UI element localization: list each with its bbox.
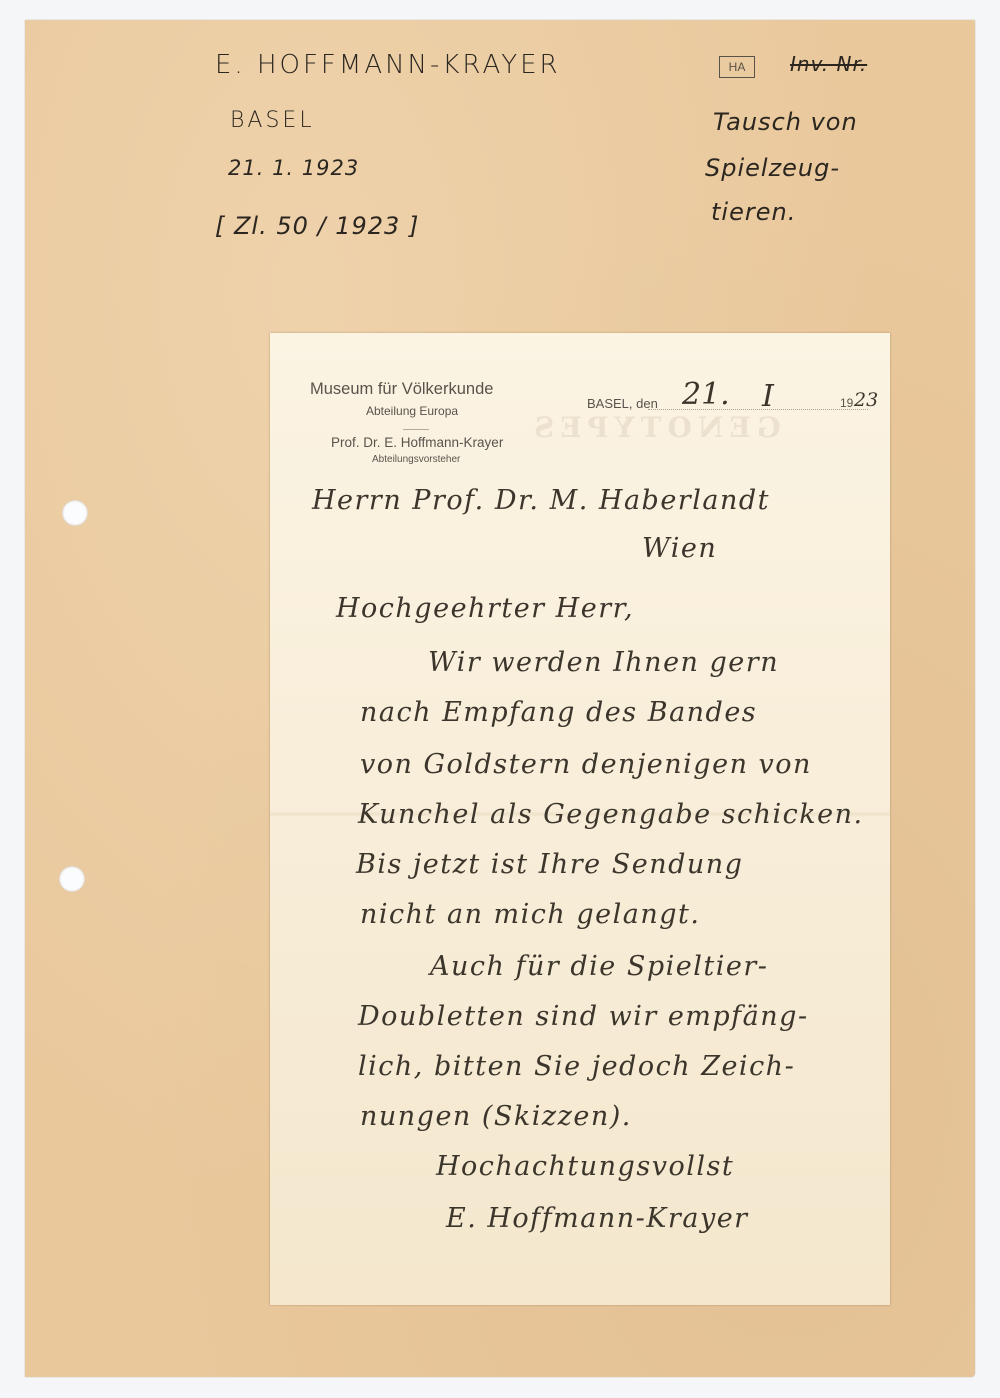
year-suffix: 23 [854, 389, 878, 411]
salutation-address: Herrn Prof. Dr. M. Haberlandt [312, 485, 770, 516]
mounted-letter: GENOTYPES Museum für Völkerkunde Abteilu… [270, 333, 890, 1305]
body-line: Auch für die Spieltier- [430, 951, 768, 982]
date-day: 21. [682, 377, 730, 412]
punch-hole-bottom [59, 866, 85, 892]
annotation-reference: [ Zl. 50 / 1923 ] [215, 212, 419, 240]
body-line: nicht an mich gelangt. [360, 899, 700, 930]
signature: E. Hoffmann-Krayer [446, 1203, 749, 1234]
annotation-inventory-struck: Inv. Nr. [790, 52, 867, 76]
body-line: von Goldstern denjenigen von [360, 749, 812, 780]
letterhead-divider [403, 429, 429, 430]
annotation-note-line-3: tieren. [711, 198, 796, 226]
date-month: I [762, 379, 774, 414]
salutation-city: Wien [642, 533, 717, 564]
letterhead-department: Abteilung Europa [366, 404, 458, 418]
body-line: Bis jetzt ist Ihre Sendung [356, 849, 743, 880]
greeting: Hochgeehrter Herr, [336, 593, 634, 624]
closing: Hochachtungsvollst [436, 1151, 734, 1182]
punch-hole-top [62, 500, 88, 526]
annotation-author: E. HOFFMANN-KRAYER [215, 50, 561, 80]
body-line: Kunchel als Gegengabe schicken. [358, 799, 864, 830]
annotation-date: 21. 1. 1923 [228, 156, 359, 180]
show-through-watermark: GENOTYPES [528, 411, 781, 444]
body-line: nach Empfang des Bandes [360, 697, 757, 728]
ha-stamp: HA [719, 56, 755, 78]
letterhead-head-role: Abteilungsvorsteher [372, 454, 460, 465]
annotation-place: BASEL [230, 108, 315, 133]
year-prefix: 19 [840, 396, 853, 410]
annotation-note-line-2: Spielzeug- [705, 154, 840, 182]
letterhead-institution: Museum für Völkerkunde [310, 380, 493, 399]
letterhead-head: Prof. Dr. E. Hoffmann-Krayer [331, 435, 503, 450]
body-line: Doubletten sind wir empfäng- [358, 1001, 809, 1032]
body-line: lich, bitten Sie jedoch Zeich- [358, 1051, 795, 1082]
body-line: nungen (Skizzen). [360, 1101, 632, 1132]
date-dotted-line [648, 409, 868, 410]
body-line: Wir werden Ihnen gern [428, 647, 779, 678]
annotation-note-line-1: Tausch von [713, 108, 858, 136]
